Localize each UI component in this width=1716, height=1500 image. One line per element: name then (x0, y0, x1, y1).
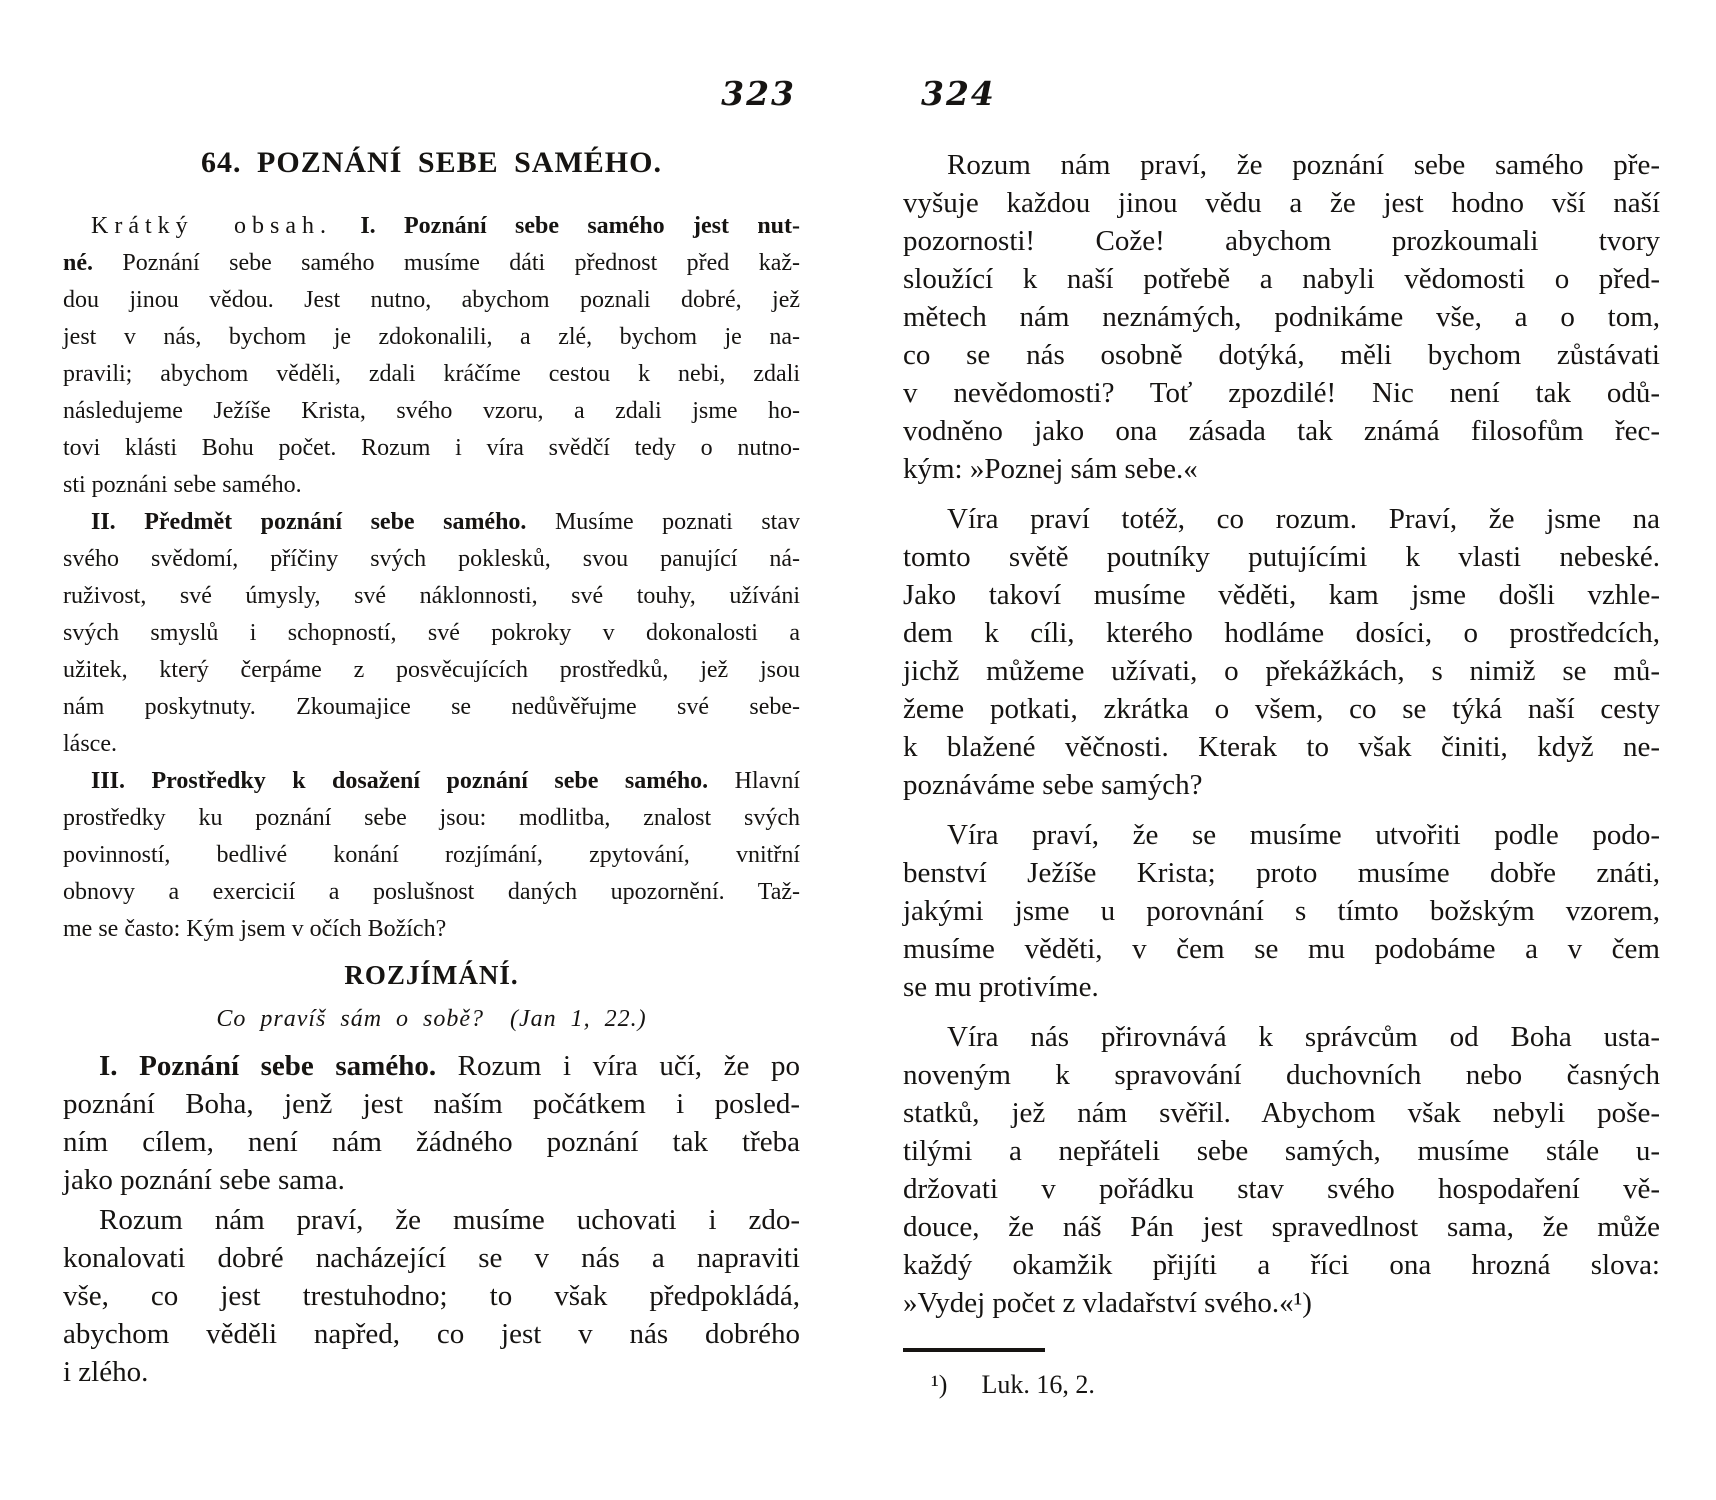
summary-paragraph-ii: II. Předmět poznání sebe samého. Musíme … (63, 504, 800, 763)
text-segment: tovi klásti Bohu počet. Rozum i víra svě… (63, 435, 800, 461)
text-line: se mu protivíme. (903, 968, 1660, 1006)
text-segment: Musíme poznati stav (526, 509, 800, 535)
page-number: 323 (721, 74, 796, 113)
text-segment: Jako takoví musíme věděti, kam jsme došl… (903, 579, 1660, 611)
text-segment: statků, jež nám svěřil. Abychom však neb… (903, 1097, 1660, 1129)
text-line: každý okamžik přijíti a říci ona hrozná … (903, 1246, 1660, 1284)
text-line: jest v nás, bychom je zdokonalili, a zlé… (63, 319, 800, 356)
body-paragraph-5: Víra praví, že se musíme utvořiti podle … (903, 816, 1660, 1006)
text-segment: žeme potkati, zkrátka o všem, co se týká… (903, 693, 1660, 725)
body-paragraph-1: I. Poznání sebe samého. Rozum i víra učí… (63, 1047, 800, 1199)
left-page: 323 64. POZNÁNÍ SEBE SAMÉHO. Krátký obsa… (63, 74, 800, 1391)
text-line: benství Ježíše Krista; proto musíme dobř… (903, 854, 1660, 892)
text-segment: jako poznání sebe sama. (63, 1164, 345, 1196)
text-line: svého svědomí, příčiny svých poklesků, s… (63, 541, 800, 578)
text-line: lásce. (63, 726, 800, 763)
text-segment: konalovati dobré nacházející se v nás a … (63, 1242, 800, 1274)
text-segment: né. (63, 250, 93, 276)
body-paragraph-6: Víra nás přirovnává k správcům od Boha u… (903, 1018, 1660, 1322)
meditation-heading: ROZJÍMÁNÍ. (63, 960, 800, 991)
text-line: jichž můžeme užívati, o překážkách, s ni… (903, 652, 1660, 690)
footnote-text: Luk. 16, 2. (981, 1370, 1094, 1399)
text-segment: vše, co jest trestuhodno; to však předpo… (63, 1280, 800, 1312)
book-spread-scan: 323 64. POZNÁNÍ SEBE SAMÉHO. Krátký obsa… (0, 0, 1716, 1500)
text-segment: Rozum nám praví, že poznání sebe samého … (947, 149, 1660, 181)
text-line: kým: »Poznej sám sebe.« (903, 450, 1660, 488)
text-line: tomto světě poutníky putujícími k vlasti… (903, 538, 1660, 576)
chapter-title: 64. POZNÁNÍ SEBE SAMÉHO. (63, 146, 800, 180)
text-line: v nevědomosti? Toť zpozdilé! Nic není ta… (903, 374, 1660, 412)
text-line: vyšuje každou jinou vědu a že jest hodno… (903, 184, 1660, 222)
text-segment: I. Poznání sebe samého. (99, 1050, 436, 1082)
summary-paragraph-iii: III. Prostředky k dosažení poznání sebe … (63, 763, 800, 948)
summary-paragraph-i: Krátký obsah. I. Poznání sebe samého jes… (63, 208, 800, 504)
page-number-row: 324 (903, 74, 1660, 120)
text-segment: mětech nám neznámých, podnikáme vše, a o… (903, 301, 1660, 333)
text-line: II. Předmět poznání sebe samého. Musíme … (63, 504, 800, 541)
text-line: sloužící k naší potřebě a nabyli vědomos… (903, 260, 1660, 298)
text-line: dem k cíli, kterého hodláme dosíci, o pr… (903, 614, 1660, 652)
text-segment (332, 213, 360, 239)
text-segment: douce, že náš Pán jest spravedlnost sama… (903, 1211, 1660, 1243)
text-line: Krátký obsah. I. Poznání sebe samého jes… (63, 208, 800, 245)
text-line: pravili; abychom věděli, zdali kráčíme c… (63, 356, 800, 393)
text-line: jakými jsme u porovnání s tímto božským … (903, 892, 1660, 930)
page-number: 324 (921, 74, 996, 113)
text-segment: »Vydej počet z vladařství svého.«¹) (903, 1287, 1312, 1319)
text-line: tovi klásti Bohu počet. Rozum i víra svě… (63, 430, 800, 467)
text-line: Rozum nám praví, že musíme uchovati i zd… (63, 1201, 800, 1239)
text-line: dou jinou vědou. Jest nutno, abychom poz… (63, 282, 800, 319)
text-segment: I. Poznání sebe samého jest nut- (360, 213, 800, 239)
text-segment: Víra praví totéž, co rozum. Praví, že js… (947, 503, 1660, 535)
text-segment: benství Ježíše Krista; proto musíme dobř… (903, 857, 1660, 889)
text-line: Víra praví totéž, co rozum. Praví, že js… (903, 500, 1660, 538)
body-paragraph-3: Rozum nám praví, že poznání sebe samého … (903, 146, 1660, 488)
text-segment: vyšuje každou jinou vědu a že jest hodno… (903, 187, 1660, 219)
text-line: povinností, bedlivé konání rozjímání, zp… (63, 837, 800, 874)
text-line: poznání Boha, jenž jest naším počátkem i… (63, 1085, 800, 1123)
text-segment: III. Prostředky k dosažení poznání sebe … (91, 768, 708, 794)
text-segment: vodněno jako ona zásada tak známá filoso… (903, 415, 1660, 447)
text-segment: v nevědomosti? Toť zpozdilé! Nic není ta… (903, 377, 1660, 409)
text-line: Víra nás přirovnává k správcům od Boha u… (903, 1018, 1660, 1056)
text-line: pozornosti! Cože! abychom prozkoumali tv… (903, 222, 1660, 260)
text-segment: držovati v pořádku stav svého hospodařen… (903, 1173, 1660, 1205)
text-segment: Víra praví, že se musíme utvořiti podle … (947, 819, 1660, 851)
text-segment: Rozum nám praví, že musíme uchovati i zd… (99, 1204, 800, 1236)
text-segment: lásce. (63, 731, 117, 757)
scripture-quote: Co pravíš sám o sobě? (Jan 1, 22.) (63, 1006, 800, 1033)
text-segment: kým: »Poznej sám sebe.« (903, 453, 1198, 485)
body-paragraph-2: Rozum nám praví, že musíme uchovati i zd… (63, 1201, 800, 1391)
text-line: statků, jež nám svěřil. Abychom však neb… (903, 1094, 1660, 1132)
text-line: ruživost, své úmysly, své náklonnosti, s… (63, 578, 800, 615)
text-segment: svého svědomí, příčiny svých poklesků, s… (63, 546, 800, 572)
text-segment: jest v nás, bychom je zdokonalili, a zlé… (63, 324, 800, 350)
text-segment: i zlého. (63, 1356, 148, 1388)
text-segment: pozornosti! Cože! abychom prozkoumali tv… (903, 225, 1660, 257)
text-line: né. Poznání sebe samého musíme dáti před… (63, 245, 800, 282)
text-line: Víra praví, že se musíme utvořiti podle … (903, 816, 1660, 854)
text-segment: svých smyslů i schopností, své pokroky v… (63, 620, 800, 646)
text-line: douce, že náš Pán jest spravedlnost sama… (903, 1208, 1660, 1246)
text-line: abychom věděli napřed, co jest v nás dob… (63, 1315, 800, 1353)
right-page-text: Rozum nám praví, že poznání sebe samého … (903, 146, 1660, 1322)
text-segment: prostředky ku poznání sebe jsou: modlitb… (63, 805, 800, 831)
text-segment: k blažené věčnosti. Kterak to však činit… (903, 731, 1660, 763)
text-segment: následujeme Ježíše Krista, svého vzoru, … (63, 398, 800, 424)
page-number-row: 323 (63, 74, 800, 120)
text-line: sti poznáni sebe samého. (63, 467, 800, 504)
right-page: 324 Rozum nám praví, že poznání sebe sam… (903, 74, 1660, 1402)
text-line: k blažené věčnosti. Kterak to však činit… (903, 728, 1660, 766)
text-line: vše, co jest trestuhodno; to však předpo… (63, 1277, 800, 1315)
text-segment: Víra nás přirovnává k správcům od Boha u… (947, 1021, 1660, 1053)
text-line: co se nás osobně dotýká, měli bychom zůs… (903, 336, 1660, 374)
text-segment: Hlavní (708, 768, 800, 794)
text-line: mětech nám neznámých, podnikáme vše, a o… (903, 298, 1660, 336)
text-segment: co se nás osobně dotýká, měli bychom zůs… (903, 339, 1660, 371)
text-segment: poznání Boha, jenž jest naším počátkem i… (63, 1088, 800, 1120)
text-line: poznáváme sebe samých? (903, 766, 1660, 804)
text-line: Rozum nám praví, že poznání sebe samého … (903, 146, 1660, 184)
body-paragraph-4: Víra praví totéž, co rozum. Praví, že js… (903, 500, 1660, 804)
text-segment: povinností, bedlivé konání rozjímání, zp… (63, 842, 800, 868)
text-segment: tomto světě poutníky putujícími k vlasti… (903, 541, 1660, 573)
text-line: žeme potkati, zkrátka o všem, co se týká… (903, 690, 1660, 728)
text-segment: sti poznáni sebe samého. (63, 472, 302, 498)
text-line: prostředky ku poznání sebe jsou: modlitb… (63, 800, 800, 837)
text-line: obnovy a exercicií a poslušnost daných u… (63, 874, 800, 911)
text-segment: sloužící k naší potřebě a nabyli vědomos… (903, 263, 1660, 295)
text-segment: dou jinou vědou. Jest nutno, abychom poz… (63, 287, 800, 313)
text-line: »Vydej počet z vladařství svého.«¹) (903, 1284, 1660, 1322)
text-segment: II. Předmět poznání sebe samého. (91, 509, 526, 535)
text-segment: nám poskytnuty. Zkoumajice se nedůvěřujm… (63, 694, 800, 720)
text-segment: me se často: Kým jsem v očích Božích? (63, 916, 446, 942)
text-segment: každý okamžik přijíti a říci ona hrozná … (903, 1249, 1660, 1281)
text-segment: musíme věděti, v čem se mu podobáme a v … (903, 933, 1660, 965)
text-segment: poznáváme sebe samých? (903, 769, 1203, 801)
text-segment: jakými jsme u porovnání s tímto božským … (903, 895, 1660, 927)
text-line: I. Poznání sebe samého. Rozum i víra učí… (63, 1047, 800, 1085)
text-line: ním cílem, není nám žádného poznání tak … (63, 1123, 800, 1161)
text-segment: tilými a nepřáteli sebe samých, musíme s… (903, 1135, 1660, 1167)
text-line: následujeme Ježíše Krista, svého vzoru, … (63, 393, 800, 430)
text-line: držovati v pořádku stav svého hospodařen… (903, 1170, 1660, 1208)
text-line: užitek, který čerpáme z posvěcujících pr… (63, 652, 800, 689)
text-line: konalovati dobré nacházející se v nás a … (63, 1239, 800, 1277)
text-line: Jako takoví musíme věděti, kam jsme došl… (903, 576, 1660, 614)
text-line: nám poskytnuty. Zkoumajice se nedůvěřujm… (63, 689, 800, 726)
text-segment: abychom věděli napřed, co jest v nás dob… (63, 1318, 800, 1350)
text-segment: se mu protivíme. (903, 971, 1099, 1003)
text-segment: ruživost, své úmysly, své náklonnosti, s… (63, 583, 800, 609)
text-segment: ním cílem, není nám žádného poznání tak … (63, 1126, 800, 1158)
text-segment: obnovy a exercicií a poslušnost daných u… (63, 879, 800, 905)
left-page-text: Krátký obsah. I. Poznání sebe samého jes… (63, 208, 800, 1391)
text-segment: Poznání sebe samého musíme dáti přednost… (93, 250, 800, 276)
text-segment: užitek, který čerpáme z posvěcujících pr… (63, 657, 800, 683)
footnote: ¹)Luk. 16, 2. (903, 1368, 1660, 1402)
text-line: tilými a nepřáteli sebe samých, musíme s… (903, 1132, 1660, 1170)
footnote-marker: ¹) (931, 1370, 947, 1399)
text-line: musíme věděti, v čem se mu podobáme a v … (903, 930, 1660, 968)
text-line: me se často: Kým jsem v očích Božích? (63, 911, 800, 948)
text-line: III. Prostředky k dosažení poznání sebe … (63, 763, 800, 800)
footnote-rule (903, 1348, 1045, 1352)
text-segment: noveným k spravování duchovních nebo čas… (903, 1059, 1660, 1091)
text-segment: pravili; abychom věděli, zdali kráčíme c… (63, 361, 800, 387)
text-segment: dem k cíli, kterého hodláme dosíci, o pr… (903, 617, 1660, 649)
text-segment: jichž můžeme užívati, o překážkách, s ni… (903, 655, 1660, 687)
text-line: i zlého. (63, 1353, 800, 1391)
text-segment: Krátký obsah. (91, 213, 332, 239)
text-segment: Rozum i víra učí, že po (436, 1050, 800, 1082)
text-line: noveným k spravování duchovních nebo čas… (903, 1056, 1660, 1094)
text-line: vodněno jako ona zásada tak známá filoso… (903, 412, 1660, 450)
text-line: jako poznání sebe sama. (63, 1161, 800, 1199)
text-line: svých smyslů i schopností, své pokroky v… (63, 615, 800, 652)
